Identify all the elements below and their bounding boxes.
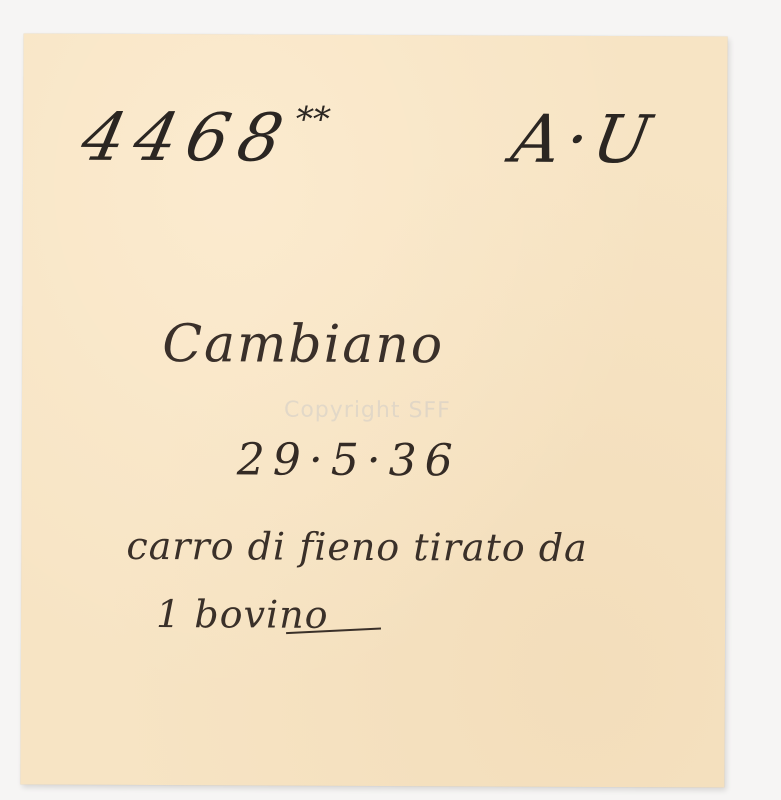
place-name: Cambiano xyxy=(162,314,444,375)
inventory-number: 4468** xyxy=(75,99,334,177)
description-line-1: carro di fieno tirato da xyxy=(126,524,588,570)
inventory-number-text: 4468 xyxy=(75,99,300,177)
copyright-watermark: Copyright SFF xyxy=(284,398,451,424)
date: 29·5·36 xyxy=(237,434,461,486)
note-card: 4468** A·U Cambiano Copyright SFF 29·5·3… xyxy=(20,33,727,787)
inventory-marks: ** xyxy=(291,100,334,140)
author-initials: A·U xyxy=(506,101,662,179)
description-line-2: 1 bovino xyxy=(156,592,329,637)
